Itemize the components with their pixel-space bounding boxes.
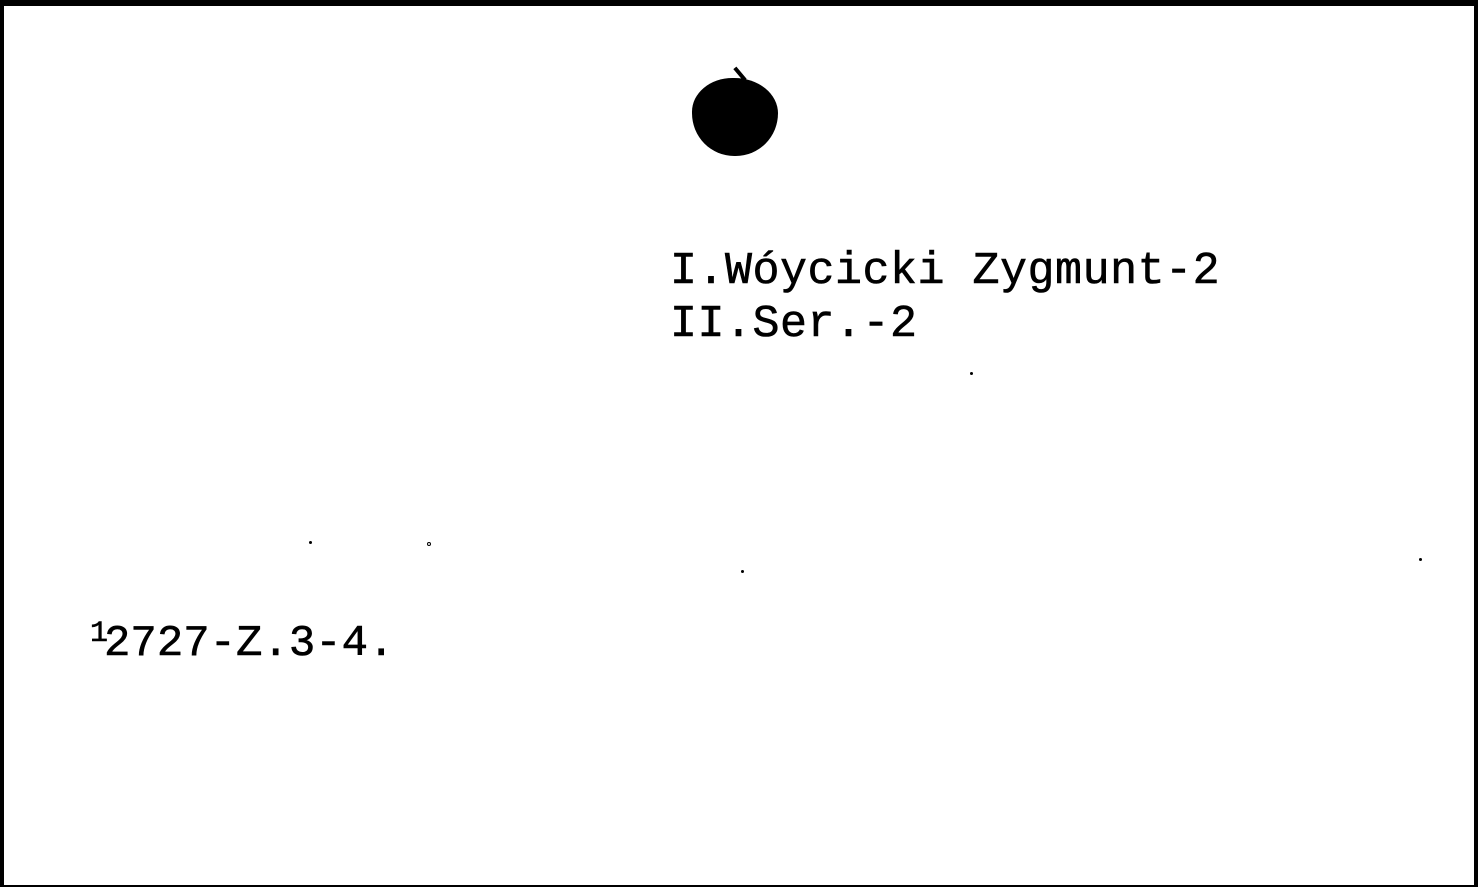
speck	[970, 372, 973, 375]
speck	[1419, 558, 1422, 561]
added-entry-series: II.Ser.-2	[670, 301, 918, 349]
call-number: 12727-Z.3-4.	[90, 610, 394, 668]
speck	[309, 541, 312, 544]
speck	[427, 542, 431, 546]
call-number-rest: 2727-Z.3-4.	[104, 619, 394, 669]
catalog-card: I.Wóycicki Zygmunt-2 II.Ser.-2 12727-Z.3…	[4, 4, 1474, 885]
speck	[741, 570, 744, 573]
added-entry-author: I.Wóycicki Zygmunt-2	[670, 248, 1220, 296]
punch-hole	[692, 78, 778, 156]
